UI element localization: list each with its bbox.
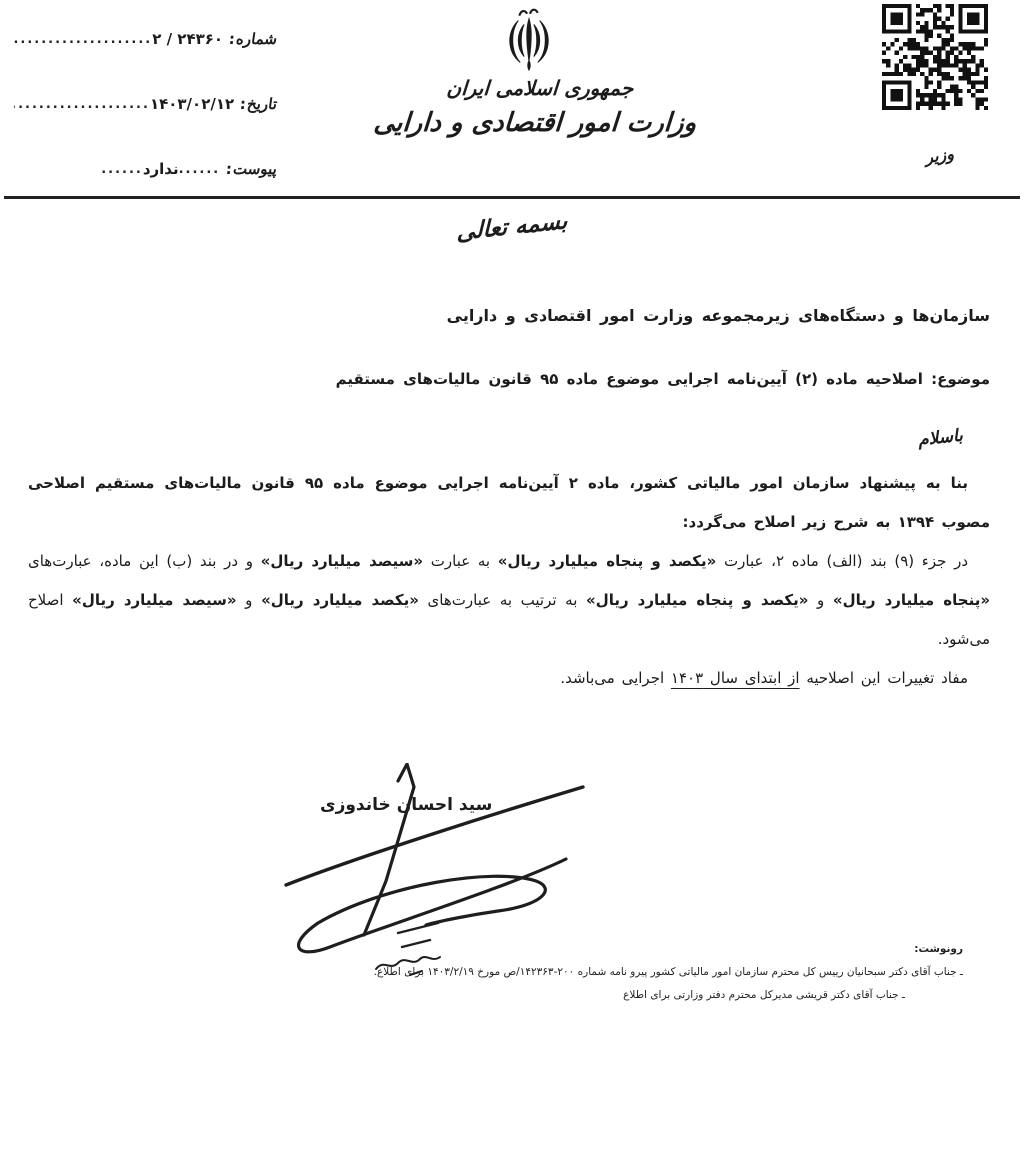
body-text-segment: مفاد تغییرات این اصلاحیه: [800, 669, 968, 687]
addressee-line: سازمان‌ها و دستگاه‌های زیرمجموعه وزارت ا…: [447, 306, 990, 325]
body-text-segment: و: [808, 591, 833, 609]
quoted-amount: «سیصد میلیارد ریال»: [72, 591, 236, 609]
letter-number-value: ۲ / ۲۴۳۶۰: [152, 30, 223, 48]
quoted-amount: «پنجاه میلیارد ریال»: [833, 591, 990, 609]
official-letter-page: شماره: ۲ / ۲۴۳۶۰ .......................…: [0, 0, 1024, 1150]
body-paragraph-1: بنا به پیشنهاد سازمان امور مالیاتی کشور،…: [28, 464, 990, 542]
dotted-leader: ..........................: [14, 97, 150, 112]
letter-meta-block: شماره: ۲ / ۲۴۳۶۰ .......................…: [14, 26, 276, 221]
cc-item: ـ جناب آقای دکتر قریشی مدیرکل محترم دفتر…: [323, 984, 963, 1007]
cc-item: ـ جناب آقای دکتر سبحانیان رییس کل محترم …: [323, 961, 963, 984]
minister-title: وزیر: [924, 144, 955, 167]
qr-code-icon: [882, 4, 988, 110]
letter-number-row: شماره: ۲ / ۲۴۳۶۰ .......................…: [14, 26, 276, 52]
letter-date-row: تاریخ: ۱۴۰۳/۰۲/۱۲ ......................…: [14, 91, 276, 117]
body-text-segment: و: [237, 591, 262, 609]
body-text-segment: به عبارت: [423, 552, 498, 570]
ministry-name: وزارت امور اقتصادی و دارایی: [334, 108, 736, 138]
body-text-segment: و در بند (ب) این ماده، عبارت‌های: [28, 552, 261, 570]
quoted-amount: «سیصد میلیارد ریال»: [261, 552, 423, 570]
cc-label: رونوشت:: [323, 938, 963, 961]
letter-date-value: ۱۴۰۳/۰۲/۱۲: [150, 95, 234, 113]
quoted-amount: «یکصد و پنجاه میلیارد ریال»: [498, 552, 717, 570]
salutation-calligraphy: باسلام: [917, 426, 964, 451]
quoted-amount: «یکصد و پنجاه میلیارد ریال»: [586, 591, 808, 609]
iran-national-emblem-icon: [496, 6, 562, 76]
body-paragraph-2: در جزء (۹) بند (الف) ماده ۲، عبارت «یکصد…: [28, 542, 990, 659]
body-paragraph-3: مفاد تغییرات این اصلاحیه از ابتدای سال ۱…: [28, 659, 990, 698]
dotted-leader: ......: [14, 162, 143, 177]
letter-attachment-value: ندارد: [143, 160, 179, 178]
quoted-amount: «یکصد میلیارد ریال»: [261, 591, 419, 609]
besmeleh-calligraphy: بسمه تعالی: [363, 198, 661, 256]
country-name: جمهوری اسلامی ایران: [349, 76, 731, 100]
body-text-segment: اجرایی می‌باشد.: [560, 669, 671, 687]
dotted-leader: ..........................: [14, 32, 152, 47]
body-text-segment: به ترتیب به عبارت‌های: [419, 591, 586, 609]
header-divider: [4, 196, 1020, 199]
letter-number-label: شماره:: [228, 30, 277, 48]
body-text-segment: در جزء (۹) بند (الف) ماده ۲، عبارت: [716, 552, 968, 570]
letter-attachment-label: پیوست:: [225, 160, 277, 178]
letter-date-label: تاریخ:: [239, 95, 277, 113]
subject-line: موضوع: اصلاحیه ماده (۲) آیین‌نامه اجرایی…: [336, 370, 990, 388]
cc-block: رونوشت: ـ جناب آقای دکتر سبحانیان رییس ک…: [323, 938, 963, 1007]
letter-body: بنا به پیشنهاد سازمان امور مالیاتی کشور،…: [28, 464, 990, 698]
dotted-leader: ......: [179, 162, 221, 177]
underlined-effective-date: از ابتدای سال ۱۴۰۳: [671, 669, 800, 687]
letter-attachment-row: پیوست: ...... ندارد ......: [14, 156, 276, 182]
